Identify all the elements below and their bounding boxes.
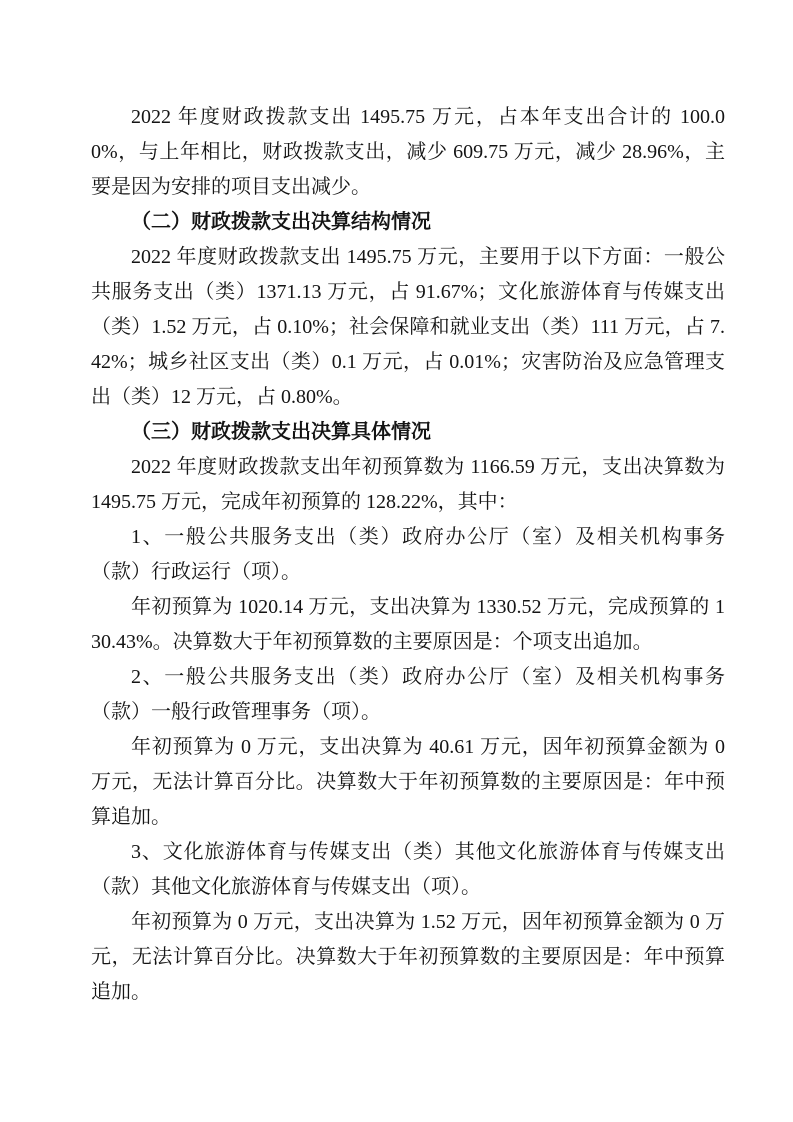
paragraph-item-2-detail: 年初预算为 0 万元，支出决算为 40.61 万元，因年初预算金额为 0 万元，…: [91, 730, 725, 835]
paragraph-annual-expenditure-summary: 2022 年度财政拨款支出 1495.75 万元，占本年支出合计的 100.00…: [91, 100, 725, 205]
paragraph-item-3-detail: 年初预算为 0 万元，支出决算为 1.52 万元，因年初预算金额为 0 万元，无…: [91, 905, 725, 1010]
paragraph-item-2-title: 2、一般公共服务支出（类）政府办公厅（室）及相关机构事务（款）一般行政管理事务（…: [91, 660, 725, 730]
paragraph-expenditure-structure-breakdown: 2022 年度财政拨款支出 1495.75 万元，主要用于以下方面：一般公共服务…: [91, 240, 725, 415]
section-heading-expenditure-details: （三）财政拨款支出决算具体情况: [91, 415, 725, 450]
paragraph-item-1-detail: 年初预算为 1020.14 万元，支出决算为 1330.52 万元，完成预算的 …: [91, 590, 725, 660]
document-page: 2022 年度财政拨款支出 1495.75 万元，占本年支出合计的 100.00…: [0, 0, 793, 1122]
paragraph-item-3-title: 3、文化旅游体育与传媒支出（类）其他文化旅游体育与传媒支出（款）其他文化旅游体育…: [91, 835, 725, 905]
paragraph-item-1-title: 1、一般公共服务支出（类）政府办公厅（室）及相关机构事务（款）行政运行（项）。: [91, 520, 725, 590]
paragraph-budget-vs-final-summary: 2022 年度财政拨款支出年初预算数为 1166.59 万元，支出决算数为 14…: [91, 450, 725, 520]
section-heading-expenditure-structure: （二）财政拨款支出决算结构情况: [91, 205, 725, 240]
